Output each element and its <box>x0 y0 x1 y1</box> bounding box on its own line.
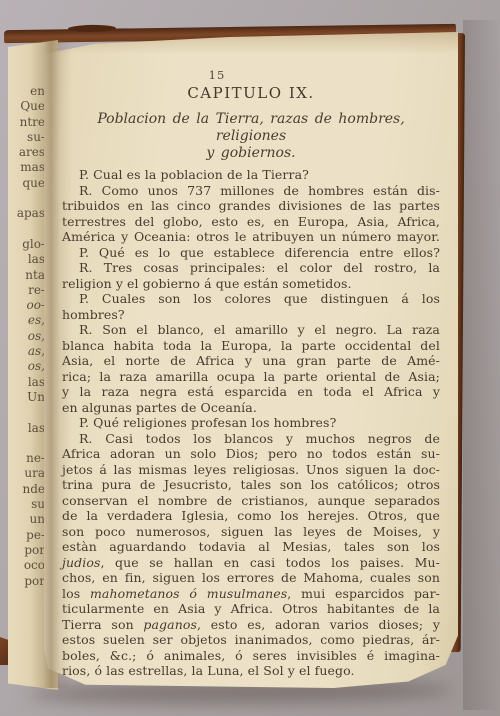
section-heading: Poblacion de la Tierra, razas de hombres… <box>62 111 440 162</box>
body-text-line: conservan el nombre de cristianos, aunqu… <box>62 493 440 509</box>
body-text-line: R. Casi todos los blancos y muchos negro… <box>62 431 440 447</box>
body-text-line: chos, en fin, siguen los errores de Maho… <box>62 570 440 586</box>
cover-cast-shadow <box>463 20 500 710</box>
fragment-text-line: as, <box>8 344 45 359</box>
fragment-text-line: ura <box>8 466 45 481</box>
body-text-line: P. Cuales son los colores que distinguen… <box>62 291 440 307</box>
fragment-text-line: ntre <box>8 115 45 130</box>
body-text-line: terrestres del globo, esto es, en Europa… <box>62 214 440 230</box>
page-number: 15 <box>28 68 406 82</box>
fragment-text-line: oo- <box>8 298 45 313</box>
book-photo: enQuentresu-aresmasque apas glo-lasntare… <box>0 0 500 716</box>
fragment-text-line: mas <box>8 160 45 175</box>
body-text-line: los mahometanos ó musulmanes, mui esparc… <box>62 586 440 602</box>
fragment-text-line: en <box>8 84 45 99</box>
body-text-line: estàn aguardando todavia al Mesias, tale… <box>62 539 440 555</box>
fragment-text-line: por <box>8 543 45 558</box>
fragment-text-line <box>8 405 45 420</box>
facing-page-text-fragments: enQuentresu-aresmasque apas glo-lasntare… <box>8 84 45 589</box>
fragment-text-line: ares <box>8 145 45 160</box>
body-text-line: América y Oceania: otros le atribuyen un… <box>62 229 440 245</box>
body-text-line: Asia, el norte de Africa y una gran part… <box>62 353 440 369</box>
fragment-text-line: que <box>8 176 45 191</box>
fragment-text-line <box>8 191 45 206</box>
fragment-text-line: las <box>8 421 45 436</box>
body-text-line: R. Como unos 737 millones de hombres est… <box>62 183 440 199</box>
fragment-text-line <box>8 222 45 237</box>
section-heading-line-1: Poblacion de la Tierra, razas de hombres… <box>62 111 440 145</box>
body-text-line: boles, &c.; ó animales, ó seres invisibl… <box>62 648 440 664</box>
fragment-text-line: su- <box>8 130 45 145</box>
fragment-text-line <box>8 436 45 451</box>
fragment-text-line: os, <box>8 329 45 344</box>
body-text-line: hombres? <box>62 307 440 323</box>
fragment-text-line: por <box>8 574 45 589</box>
book-page: 15 CAPITULO IX. Poblacion de la Tierra, … <box>44 32 458 688</box>
body-text-line: P. Qué es lo que establece diferencia en… <box>62 245 440 261</box>
fragment-text-line: Que <box>8 99 45 114</box>
body-text-line: tribuidos en las cinco grandes divisione… <box>62 198 440 214</box>
fragment-text-line: oco <box>8 558 45 573</box>
fragment-text-line: pe- <box>8 528 45 543</box>
body-text-line: y la raza negra está esparcida en toda e… <box>62 384 440 400</box>
fragment-text-line: las <box>8 375 45 390</box>
section-heading-line-2: y gobiernos. <box>62 145 440 162</box>
fragment-text-line: re- <box>8 283 45 298</box>
body-text-line: blanca habita toda la Europa, la parte o… <box>62 338 440 354</box>
fragment-text-line: glo- <box>8 237 45 252</box>
fragment-text-line: nta <box>8 268 45 283</box>
body-text-line: Africa adoran un solo Dios; pero no todo… <box>62 446 440 462</box>
body-text-line: P. Qué religiones profesan los hombres? <box>62 415 440 431</box>
body-text-line: Tierra son paganos, esto es, adoran vari… <box>62 617 440 633</box>
fragment-text-line: Un <box>8 390 45 405</box>
body-text-line: trina pura de Jesucristo, tales son los … <box>62 477 440 493</box>
fragment-text-line: ne- <box>8 451 45 466</box>
body-text-line: en algunas partes de Oceanía. <box>62 400 440 416</box>
body-text-line: jetos á las mismas leyes religiosas. Uno… <box>62 462 440 478</box>
body-text-line: P. Cual es la poblacion de la Tierra? <box>62 167 440 183</box>
fragment-text-line: apas <box>8 206 45 221</box>
fragment-text-line: nde <box>8 482 45 497</box>
body-text-line: judios, que se hallan en casi todos los … <box>62 555 440 571</box>
body-text-line: de la verdadera Iglesia, como los hereje… <box>62 508 440 524</box>
page-body-text: P. Cual es la poblacion de la Tierra?R. … <box>62 167 440 679</box>
body-text-line: religion y el gobierno á que están somet… <box>62 276 440 292</box>
fragment-text-line: es, <box>8 313 45 328</box>
fragment-text-line: las <box>8 252 45 267</box>
body-text-line: estos suelen ser objetos inanimados, com… <box>62 632 440 648</box>
fragment-text-line: un <box>8 512 45 527</box>
body-text-line: R. Tres cosas principales: el color del … <box>62 260 440 276</box>
body-text-line: ticularmente en Asia y Africa. Otros hab… <box>62 601 440 617</box>
fragment-text-line: os, <box>8 359 45 374</box>
chapter-heading: CAPITULO IX. <box>62 84 440 102</box>
body-text-line: son poco numerosos, siguen las leyes de … <box>62 524 440 540</box>
fragment-text-line: su <box>8 497 45 512</box>
page-text-block: 15 CAPITULO IX. Poblacion de la Tierra, … <box>62 68 440 679</box>
body-text-line: rica; la raza amarilla ocupa la parte or… <box>62 369 440 385</box>
body-text-line: rios, ó las estrellas, la Luna, el Sol y… <box>62 663 440 679</box>
body-text-line: R. Son el blanco, el amarillo y el negro… <box>62 322 440 338</box>
